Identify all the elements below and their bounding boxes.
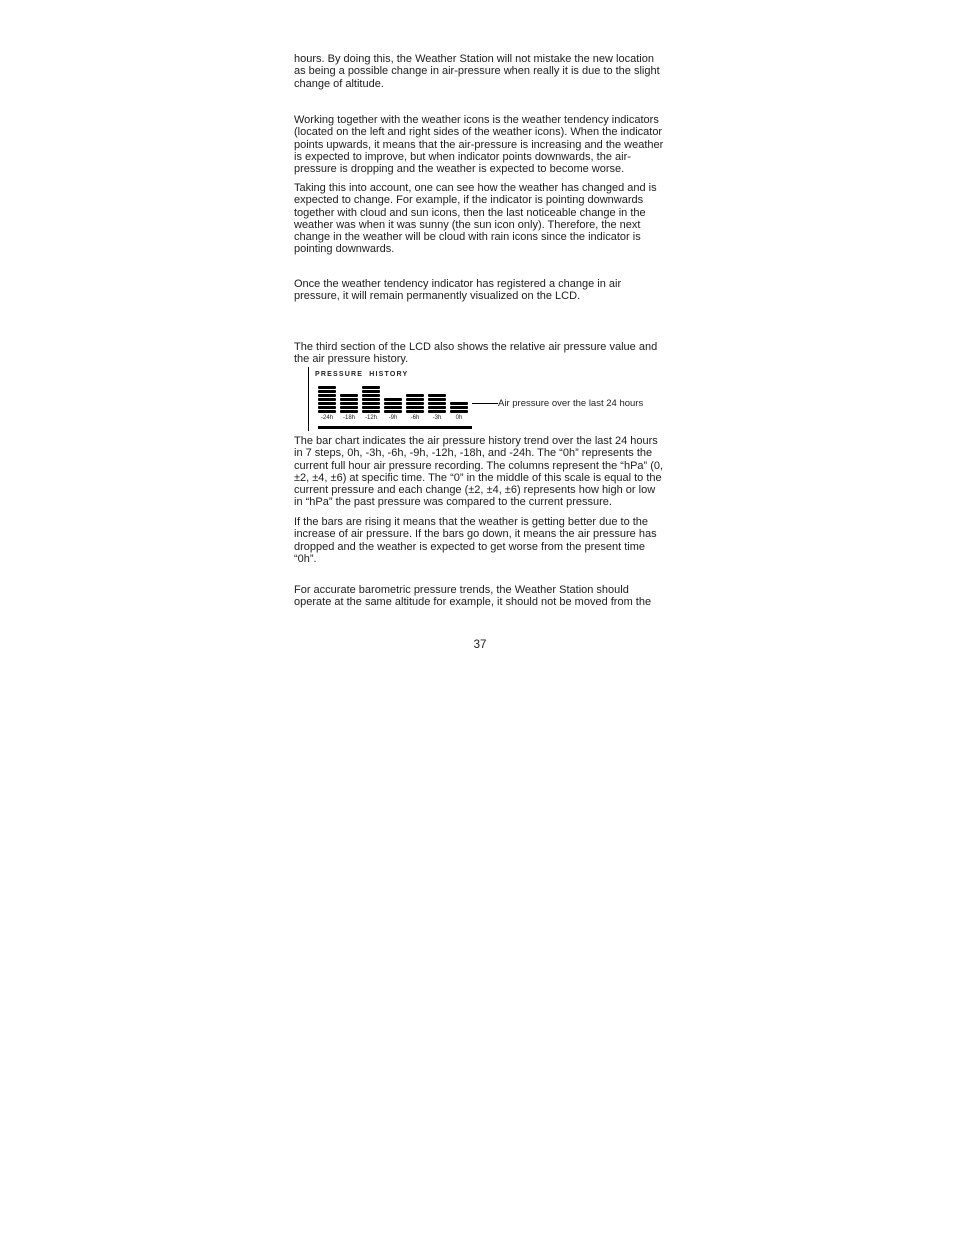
lcd-segment	[384, 398, 402, 401]
pressure-bar--18h	[340, 394, 358, 413]
x-tick-label--18h: -18h	[340, 415, 358, 421]
lcd-segment	[406, 402, 424, 405]
paragraph-altitude: hours. By doing this, the Weather Statio…	[294, 53, 666, 90]
pressure-bar--9h	[384, 398, 402, 413]
x-tick-label--9h: -9h	[384, 415, 402, 421]
paragraph-weather-change-example: Taking this into account, one can see ho…	[294, 182, 666, 256]
x-tick-label--3h: -3h	[428, 415, 446, 421]
lcd-segment	[450, 410, 468, 413]
lcd-segment	[384, 402, 402, 405]
lcd-segment	[318, 398, 336, 401]
lcd-segment	[340, 406, 358, 409]
lcd-segment	[362, 398, 380, 401]
lcd-segment	[340, 402, 358, 405]
pressure-history-bar-chart	[318, 386, 468, 413]
lcd-segment	[428, 402, 446, 405]
paragraph-bars-rising-falling: If the bars are rising it means that the…	[294, 516, 666, 565]
x-tick-label--12h: -12h	[362, 415, 380, 421]
chart-title: PRESSURE HISTORY	[315, 371, 408, 378]
lcd-segment	[384, 406, 402, 409]
lcd-segment	[362, 406, 380, 409]
paragraph-indicator-permanent: Once the weather tendency indicator has …	[294, 278, 666, 303]
pressure-bar--12h	[362, 386, 380, 413]
lcd-segment	[406, 410, 424, 413]
lcd-segment	[362, 410, 380, 413]
lcd-segment	[362, 390, 380, 393]
lcd-segment	[318, 410, 336, 413]
lcd-segment	[340, 398, 358, 401]
pressure-bar--3h	[428, 394, 446, 413]
pressure-history-figure: PRESSURE HISTORY -24h-18h-12h-9h-6h-3h0h…	[294, 366, 666, 432]
lcd-segment	[428, 406, 446, 409]
lcd-segment	[362, 402, 380, 405]
paragraph-third-section: The third section of the LCD also shows …	[294, 341, 666, 366]
lcd-segment	[450, 406, 468, 409]
lcd-segment	[340, 394, 358, 397]
manual-page: hours. By doing this, the Weather Statio…	[0, 0, 954, 1235]
lcd-segment	[428, 394, 446, 397]
paragraph-tendency-indicators: Working together with the weather icons …	[294, 114, 666, 175]
x-tick-label--24h: -24h	[318, 415, 336, 421]
lcd-segment	[318, 390, 336, 393]
lcd-segment	[406, 398, 424, 401]
paragraph-accurate-trends: For accurate barometric pressure trends,…	[294, 584, 666, 609]
lcd-segment	[384, 410, 402, 413]
lcd-segment	[406, 406, 424, 409]
lcd-segment	[318, 394, 336, 397]
pressure-bar--6h	[406, 394, 424, 413]
lcd-segment	[318, 402, 336, 405]
pressure-bar-0h	[450, 402, 468, 413]
lcd-segment	[362, 386, 380, 389]
lcd-segment	[318, 386, 336, 389]
paragraph-bar-chart-explanation: The bar chart indicates the air pressure…	[294, 435, 666, 509]
callout-line	[472, 403, 498, 404]
lcd-segment	[406, 394, 424, 397]
lcd-segment	[450, 402, 468, 405]
chart-baseline-rule	[318, 426, 472, 429]
x-axis-tick-labels: -24h-18h-12h-9h-6h-3h0h	[318, 415, 468, 421]
x-tick-label--6h: -6h	[406, 415, 424, 421]
callout-label: Air pressure over the last 24 hours	[498, 398, 643, 409]
lcd-segment	[428, 410, 446, 413]
lcd-segment	[318, 406, 336, 409]
x-tick-label-0h: 0h	[450, 415, 468, 421]
pressure-bar--24h	[318, 386, 336, 413]
page-number: 37	[294, 639, 666, 651]
lcd-segment	[428, 398, 446, 401]
figure-left-rule	[308, 367, 309, 431]
lcd-segment	[340, 410, 358, 413]
lcd-segment	[362, 394, 380, 397]
